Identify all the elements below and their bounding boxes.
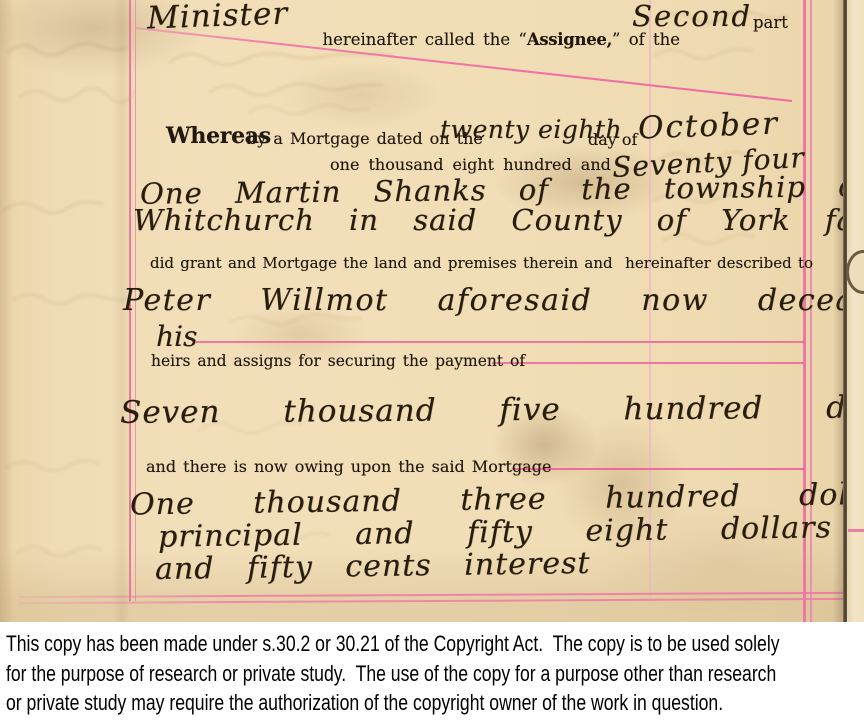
amount-secured-handwritten: Seven thousand five hundred dollars <box>120 389 864 431</box>
fill-rule-after-owing <box>512 468 805 470</box>
page-edge-shadow <box>833 0 843 622</box>
mortgagor-line-2: Whitchurch in said County of York farmer <box>133 203 864 237</box>
copyright-notice-band: This copy has been made under s.30.2 or … <box>0 622 864 724</box>
copyright-notice-line-2: for the purpose of research or private s… <box>6 661 776 687</box>
mortgagee-line: Peter Willmot aforesaid now deceased <box>123 283 864 318</box>
his-word-handwritten: his <box>156 320 197 353</box>
fill-rule-after-his <box>196 341 804 343</box>
printed-heirs-clause: heirs and assigns for securing the payme… <box>151 352 525 370</box>
printed-year-prefix: one thousand eight hundred and <box>330 155 611 174</box>
printed-hereinafter-clause: hereinafter called the “Assignee,” of th… <box>273 11 680 68</box>
deed-paper: Minister hereinafter called the “Assigne… <box>0 0 864 622</box>
party-ordinal-handwritten: Second <box>632 0 752 33</box>
mortgage-month-handwritten: October <box>637 106 779 147</box>
next-page-pink-dash <box>848 529 864 532</box>
assignor-name-handwritten: Minister <box>146 0 288 36</box>
fill-rule-after-payment <box>492 362 804 364</box>
mortgage-day-handwritten: twenty eighth <box>440 115 622 144</box>
printed-before-assignee: hereinafter called the “ <box>322 30 526 49</box>
printed-owing-clause: and there is now owing upon the said Mor… <box>146 457 551 476</box>
copyright-notice-line-1: This copy has been made under s.30.2 or … <box>6 631 780 657</box>
scanned-deed-page: Minister hereinafter called the “Assigne… <box>0 0 864 724</box>
owing-line-3: and fifty cents interest <box>155 546 591 587</box>
copyright-notice-line-3: or private study may require the authori… <box>6 690 723 716</box>
printed-grant-clause: did grant and Mortgage the land and prem… <box>150 254 813 272</box>
assignee-word: Assignee, <box>527 30 612 49</box>
printed-part-word: part <box>753 13 788 32</box>
